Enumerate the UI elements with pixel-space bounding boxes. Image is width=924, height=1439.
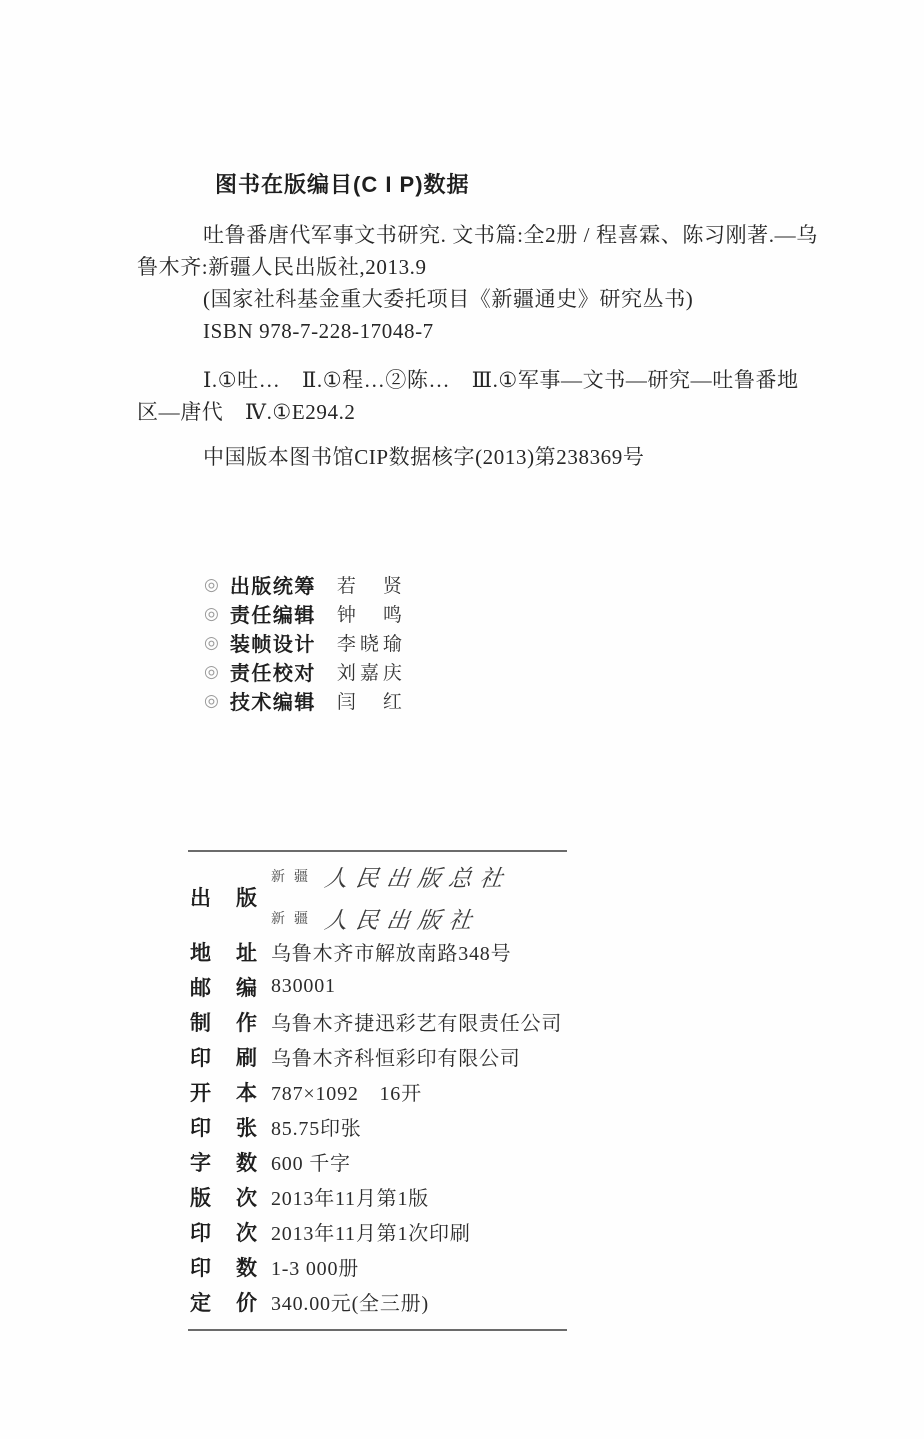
- colophon-row-format: 开本 787×1092 16开: [190, 1074, 567, 1109]
- credit-name: 闫 红: [337, 687, 406, 714]
- cip-description-line-1: 吐鲁番唐代军事文书研究. 文书篇:全2册 / 程喜霖、陈习刚著.—乌: [137, 219, 819, 251]
- colophon-value: 2013年11月第1次印刷: [271, 1217, 471, 1246]
- double-circle-bullet-icon: ◎: [204, 576, 219, 593]
- cip-body: 吐鲁番唐代军事文书研究. 文书篇:全2册 / 程喜霖、陈习刚著.—乌 鲁木齐:新…: [137, 219, 819, 473]
- publisher-logo-prefix: 新疆: [271, 866, 317, 886]
- credit-name: 钟 鸣: [337, 600, 406, 627]
- colophon-label: 印张: [190, 1112, 257, 1142]
- double-circle-bullet-icon: ◎: [204, 605, 219, 622]
- colophon-value: 340.00元(全三册): [271, 1287, 429, 1316]
- credit-name: 李晓瑜: [337, 629, 406, 656]
- colophon-row-publisher: 出版 新疆 人民出版总社 新疆 人民出版社: [190, 860, 567, 934]
- colophon-label: 出版: [190, 882, 257, 912]
- colophon-table: 出版 新疆 人民出版总社 新疆 人民出版社 地址 乌鲁木齐市解放南路348号 邮…: [188, 850, 567, 1331]
- publisher-logos: 新疆 人民出版总社 新疆 人民出版社: [271, 860, 511, 935]
- cip-series-note: (国家社科基金重大委托项目《新疆通史》研究丛书): [137, 283, 819, 315]
- colophon-value: 1-3 000册: [271, 1252, 359, 1281]
- colophon-row-impression: 印次 2013年11月第1次印刷: [190, 1214, 567, 1249]
- colophon-row-edition: 版次 2013年11月第1版: [190, 1179, 567, 1214]
- double-circle-bullet-icon: ◎: [204, 692, 219, 709]
- cip-classification-line-2: 区—唐代 Ⅳ.①E294.2: [137, 396, 819, 428]
- colophon-value: 830001: [271, 975, 336, 998]
- colophon-label: 地址: [190, 937, 257, 967]
- colophon-value: 乌鲁木齐市解放南路348号: [271, 937, 511, 966]
- editorial-credits: ◎ 出版统筹 若 贤 ◎ 责任编辑 钟 鸣 ◎ 装帧设计 李晓瑜 ◎ 责任校对 …: [204, 570, 406, 715]
- cip-record-number: 中国版本图书馆CIP数据核字(2013)第238369号: [137, 441, 819, 473]
- colophon-value: 85.75印张: [271, 1112, 362, 1141]
- cip-classification-line-1: Ⅰ.①吐… Ⅱ.①程…②陈… Ⅲ.①军事—文书—研究—吐鲁番地: [137, 364, 819, 396]
- double-circle-bullet-icon: ◎: [204, 663, 219, 680]
- colophon-label: 印刷: [190, 1042, 257, 1072]
- colophon-label: 定价: [190, 1287, 257, 1317]
- cip-description-line-2: 鲁木齐:新疆人民出版社,2013.9: [137, 251, 819, 283]
- publisher-logo-script: 人民出版社: [323, 902, 483, 935]
- publisher-logo-script: 人民出版总社: [323, 860, 514, 893]
- colophon-label: 版次: [190, 1182, 257, 1212]
- colophon-row-wordcount: 字数 600 千字: [190, 1144, 567, 1179]
- credit-name: 刘嘉庆: [337, 658, 406, 685]
- colophon-value: 600 千字: [271, 1147, 351, 1176]
- colophon-label: 字数: [190, 1147, 257, 1177]
- colophon-value: 2013年11月第1版: [271, 1182, 429, 1211]
- colophon-row-printrun: 印数 1-3 000册: [190, 1249, 567, 1284]
- colophon-row-printing: 印刷 乌鲁木齐科恒彩印有限公司: [190, 1039, 567, 1074]
- colophon-value: 乌鲁木齐科恒彩印有限公司: [271, 1042, 521, 1071]
- credit-row: ◎ 装帧设计 李晓瑜: [204, 628, 406, 657]
- colophon-row-sheets: 印张 85.75印张: [190, 1109, 567, 1144]
- credit-row: ◎ 责任编辑 钟 鸣: [204, 599, 406, 628]
- credit-role: 装帧设计: [230, 628, 316, 657]
- credit-role: 责任校对: [230, 657, 316, 686]
- credit-row: ◎ 责任校对 刘嘉庆: [204, 657, 406, 686]
- publisher-logo-line: 新疆 人民出版社: [271, 902, 511, 935]
- colophon-row-price: 定价 340.00元(全三册): [190, 1284, 567, 1319]
- credit-row: ◎ 技术编辑 闫 红: [204, 686, 406, 715]
- colophon-label: 印数: [190, 1252, 257, 1282]
- colophon-row-production: 制作 乌鲁木齐捷迅彩艺有限责任公司: [190, 1004, 567, 1039]
- colophon-label: 开本: [190, 1077, 257, 1107]
- double-circle-bullet-icon: ◎: [204, 634, 219, 651]
- credit-role: 出版统筹: [230, 570, 316, 599]
- colophon-label: 印次: [190, 1217, 257, 1247]
- colophon-row-address: 地址 乌鲁木齐市解放南路348号: [190, 934, 567, 969]
- credit-name: 若 贤: [337, 571, 406, 598]
- colophon-label: 邮编: [190, 972, 257, 1002]
- cip-header: 图书在版编目(C I P)数据: [215, 168, 470, 199]
- colophon-value: 乌鲁木齐捷迅彩艺有限责任公司: [271, 1007, 562, 1036]
- colophon-row-postcode: 邮编 830001: [190, 969, 567, 1004]
- credit-row: ◎ 出版统筹 若 贤: [204, 570, 406, 599]
- credit-role: 责任编辑: [230, 599, 316, 628]
- credit-role: 技术编辑: [230, 686, 316, 715]
- colophon-label: 制作: [190, 1007, 257, 1037]
- copyright-page: 图书在版编目(C I P)数据 吐鲁番唐代军事文书研究. 文书篇:全2册 / 程…: [0, 0, 924, 1439]
- publisher-logo-prefix: 新疆: [271, 908, 317, 928]
- publisher-logo-line: 新疆 人民出版总社: [271, 860, 511, 893]
- cip-isbn: ISBN 978-7-228-17048-7: [137, 315, 819, 347]
- colophon-value: 787×1092 16开: [271, 1077, 422, 1106]
